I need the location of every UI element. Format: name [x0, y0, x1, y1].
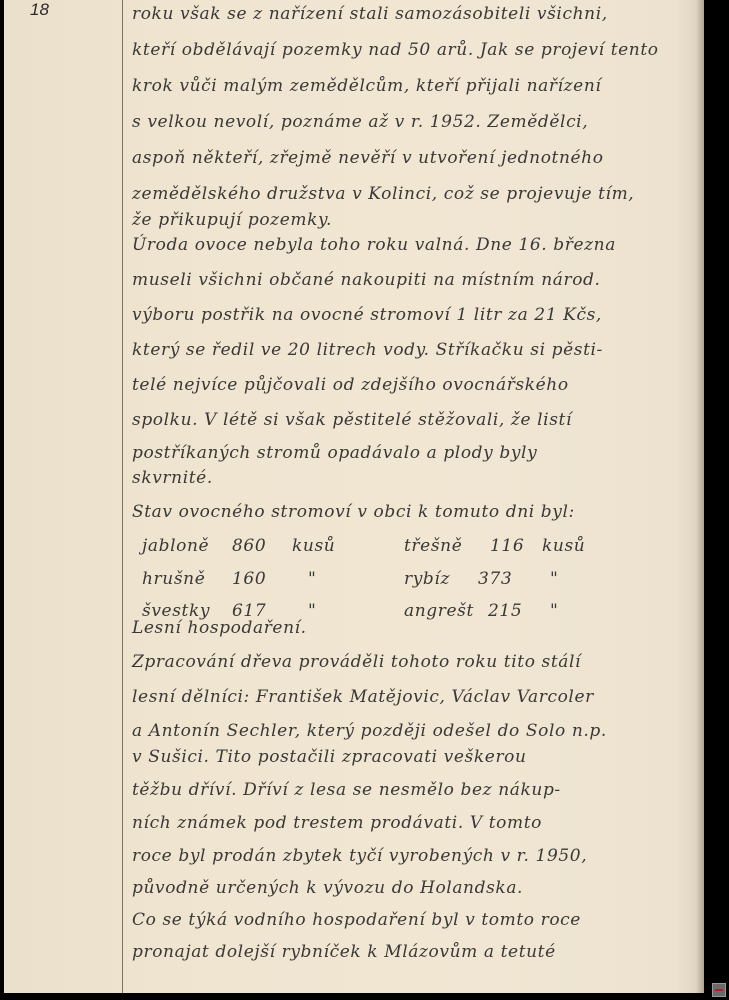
- fruit-name: třešně: [404, 536, 462, 556]
- text-line: aspoň někteří, zřejmě nevěří v utvoření …: [132, 148, 604, 168]
- page-number: 18: [30, 0, 49, 20]
- text-line: kteří obdělávají pozemky nad 50 arů. Jak…: [132, 40, 659, 60]
- fruit-unit: ": [550, 569, 558, 589]
- text-line: pronajat dolejší rybníček k Mlázovům a t…: [132, 942, 556, 962]
- text-line: že přikupují pozemky.: [132, 210, 332, 230]
- text-line: zemědělského družstva v Kolinci, což se …: [132, 184, 634, 204]
- fruit-count: 160: [232, 569, 266, 589]
- text-line: postříkaných stromů opadávalo a plody by…: [132, 443, 537, 463]
- fruit-name: rybíz: [404, 569, 450, 589]
- fruit-count: 215: [488, 601, 522, 621]
- text-line: telé nejvíce půjčovali od zdejšího ovocn…: [132, 375, 569, 395]
- fruit-unit: ": [308, 601, 316, 621]
- fruit-name: hrušně: [142, 569, 205, 589]
- text-line: spolku. V létě si však pěstitelé stěžova…: [132, 410, 572, 430]
- fruit-count: 116: [490, 536, 524, 556]
- text-line: lesní dělníci: František Matějovic, Václ…: [132, 687, 594, 707]
- page-binding-shadow: [696, 0, 704, 993]
- text-line: výboru postřik na ovocné stromoví 1 litr…: [132, 305, 602, 325]
- text-line: roce byl prodán zbytek tyčí vyrobených v…: [132, 846, 587, 866]
- text-line: krok vůči malým zemědělcům, kteří přijal…: [132, 76, 601, 96]
- text-line: Stav ovocného stromoví v obci k tomuto d…: [132, 502, 575, 522]
- text-line: ních známek pod trestem prodávati. V tom…: [132, 813, 542, 833]
- fruit-count: 373: [478, 569, 512, 589]
- text-line: původně určených k vývozu do Holandska.: [132, 878, 523, 898]
- text-line: roku však se z nařízení stali samozásobi…: [132, 4, 608, 24]
- fruit-name: jabloně: [142, 536, 209, 556]
- fruit-unit: kusů: [542, 536, 585, 556]
- handwritten-chronicle-page: 18 roku však se z nařízení stali samozás…: [4, 0, 704, 993]
- text-line: v Sušici. Tito postačili zpracovati vešk…: [132, 747, 527, 767]
- text-line: Co se týká vodního hospodaření byl v tom…: [132, 910, 581, 930]
- fruit-unit: kusů: [292, 536, 335, 556]
- text-line: a Antonín Sechler, který později odešel …: [132, 721, 607, 741]
- fruit-name: angrešt: [404, 601, 474, 621]
- section-heading: Lesní hospodaření.: [132, 618, 307, 638]
- text-line: museli všichni občané nakoupiti na místn…: [132, 270, 601, 290]
- text-line: skvrnité.: [132, 468, 213, 488]
- text-line: Zpracování dřeva prováděli tohoto roku t…: [132, 652, 581, 672]
- text-line: který se ředil ve 20 litrech vody. Střík…: [132, 340, 603, 360]
- margin-rule: [122, 0, 123, 993]
- fruit-count: 860: [232, 536, 266, 556]
- fruit-unit: ": [308, 569, 316, 589]
- text-line: Úroda ovoce nebyla toho roku valná. Dne …: [132, 235, 616, 255]
- minimize-icon[interactable]: [712, 983, 726, 997]
- text-line: těžbu dříví. Dříví z lesa se nesmělo bez…: [132, 780, 561, 800]
- fruit-unit: ": [550, 601, 558, 621]
- text-line: s velkou nevolí, poznáme až v r. 1952. Z…: [132, 112, 588, 132]
